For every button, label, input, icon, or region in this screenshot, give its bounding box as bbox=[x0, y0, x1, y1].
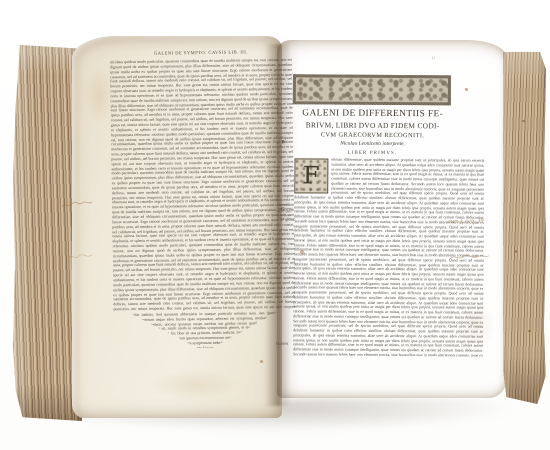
handwritten-note: cum f. cap. 39 bbox=[448, 218, 484, 225]
side-note: solide: Aliquot bbox=[278, 217, 295, 221]
handwritten-marginalia-squiggle bbox=[68, 252, 94, 262]
fore-edge-speck bbox=[528, 330, 531, 332]
fore-edge-speck bbox=[522, 120, 525, 122]
translator-line: Nicolao Leoniceno interprete. bbox=[288, 140, 456, 147]
book-photo: GALENI DE SYMPTO. CAVSIS LIB. III. nicol… bbox=[0, 0, 550, 450]
headpiece-frieze bbox=[296, 77, 448, 102]
folio-number: 11 bbox=[431, 55, 435, 60]
title-block: GALENI DE DIFFERENTIIS FE- BRIVM, LIBRI … bbox=[288, 108, 456, 156]
margin-letter-b: B bbox=[282, 139, 285, 144]
handwritten-marginalia-squiggle bbox=[60, 198, 94, 212]
left-taper-colophon-block: multis indiciis. Sed quoniam abbreuiatis… bbox=[129, 311, 279, 349]
left-page-content: GALENI DE SYMPTO. CAVSIS LIB. III. nicol… bbox=[110, 49, 296, 364]
printed-side-notes: ria verba. mordaci, sed bano: Quae- dam … bbox=[278, 203, 295, 221]
handwritten-marginalia-squiggle bbox=[450, 252, 490, 262]
title-line-2: BRIVM, LIBRI DVO AD FIDEM CODI- bbox=[289, 120, 457, 130]
title-line-3: CVM GRAECORVM RECOGNITI. bbox=[289, 131, 457, 139]
title-line-1: GALENI DE DIFFERENTIIS FE- bbox=[289, 108, 457, 119]
right-page-content: 11 GALENI DE DIFFERENTIIS FE- BRIVM, LIB… bbox=[287, 51, 495, 384]
fore-edge-speck bbox=[515, 250, 517, 253]
woodcut-drop-cap-initial: F bbox=[294, 158, 328, 193]
left-body-text-block: nicolaus quidem modo particulari, quonia… bbox=[110, 58, 296, 313]
woodcut-headpiece-ornament bbox=[293, 74, 451, 105]
book-heading: LIBER PRIMVS. bbox=[288, 150, 456, 156]
right-leaf-stack-fore-edge bbox=[503, 52, 546, 404]
